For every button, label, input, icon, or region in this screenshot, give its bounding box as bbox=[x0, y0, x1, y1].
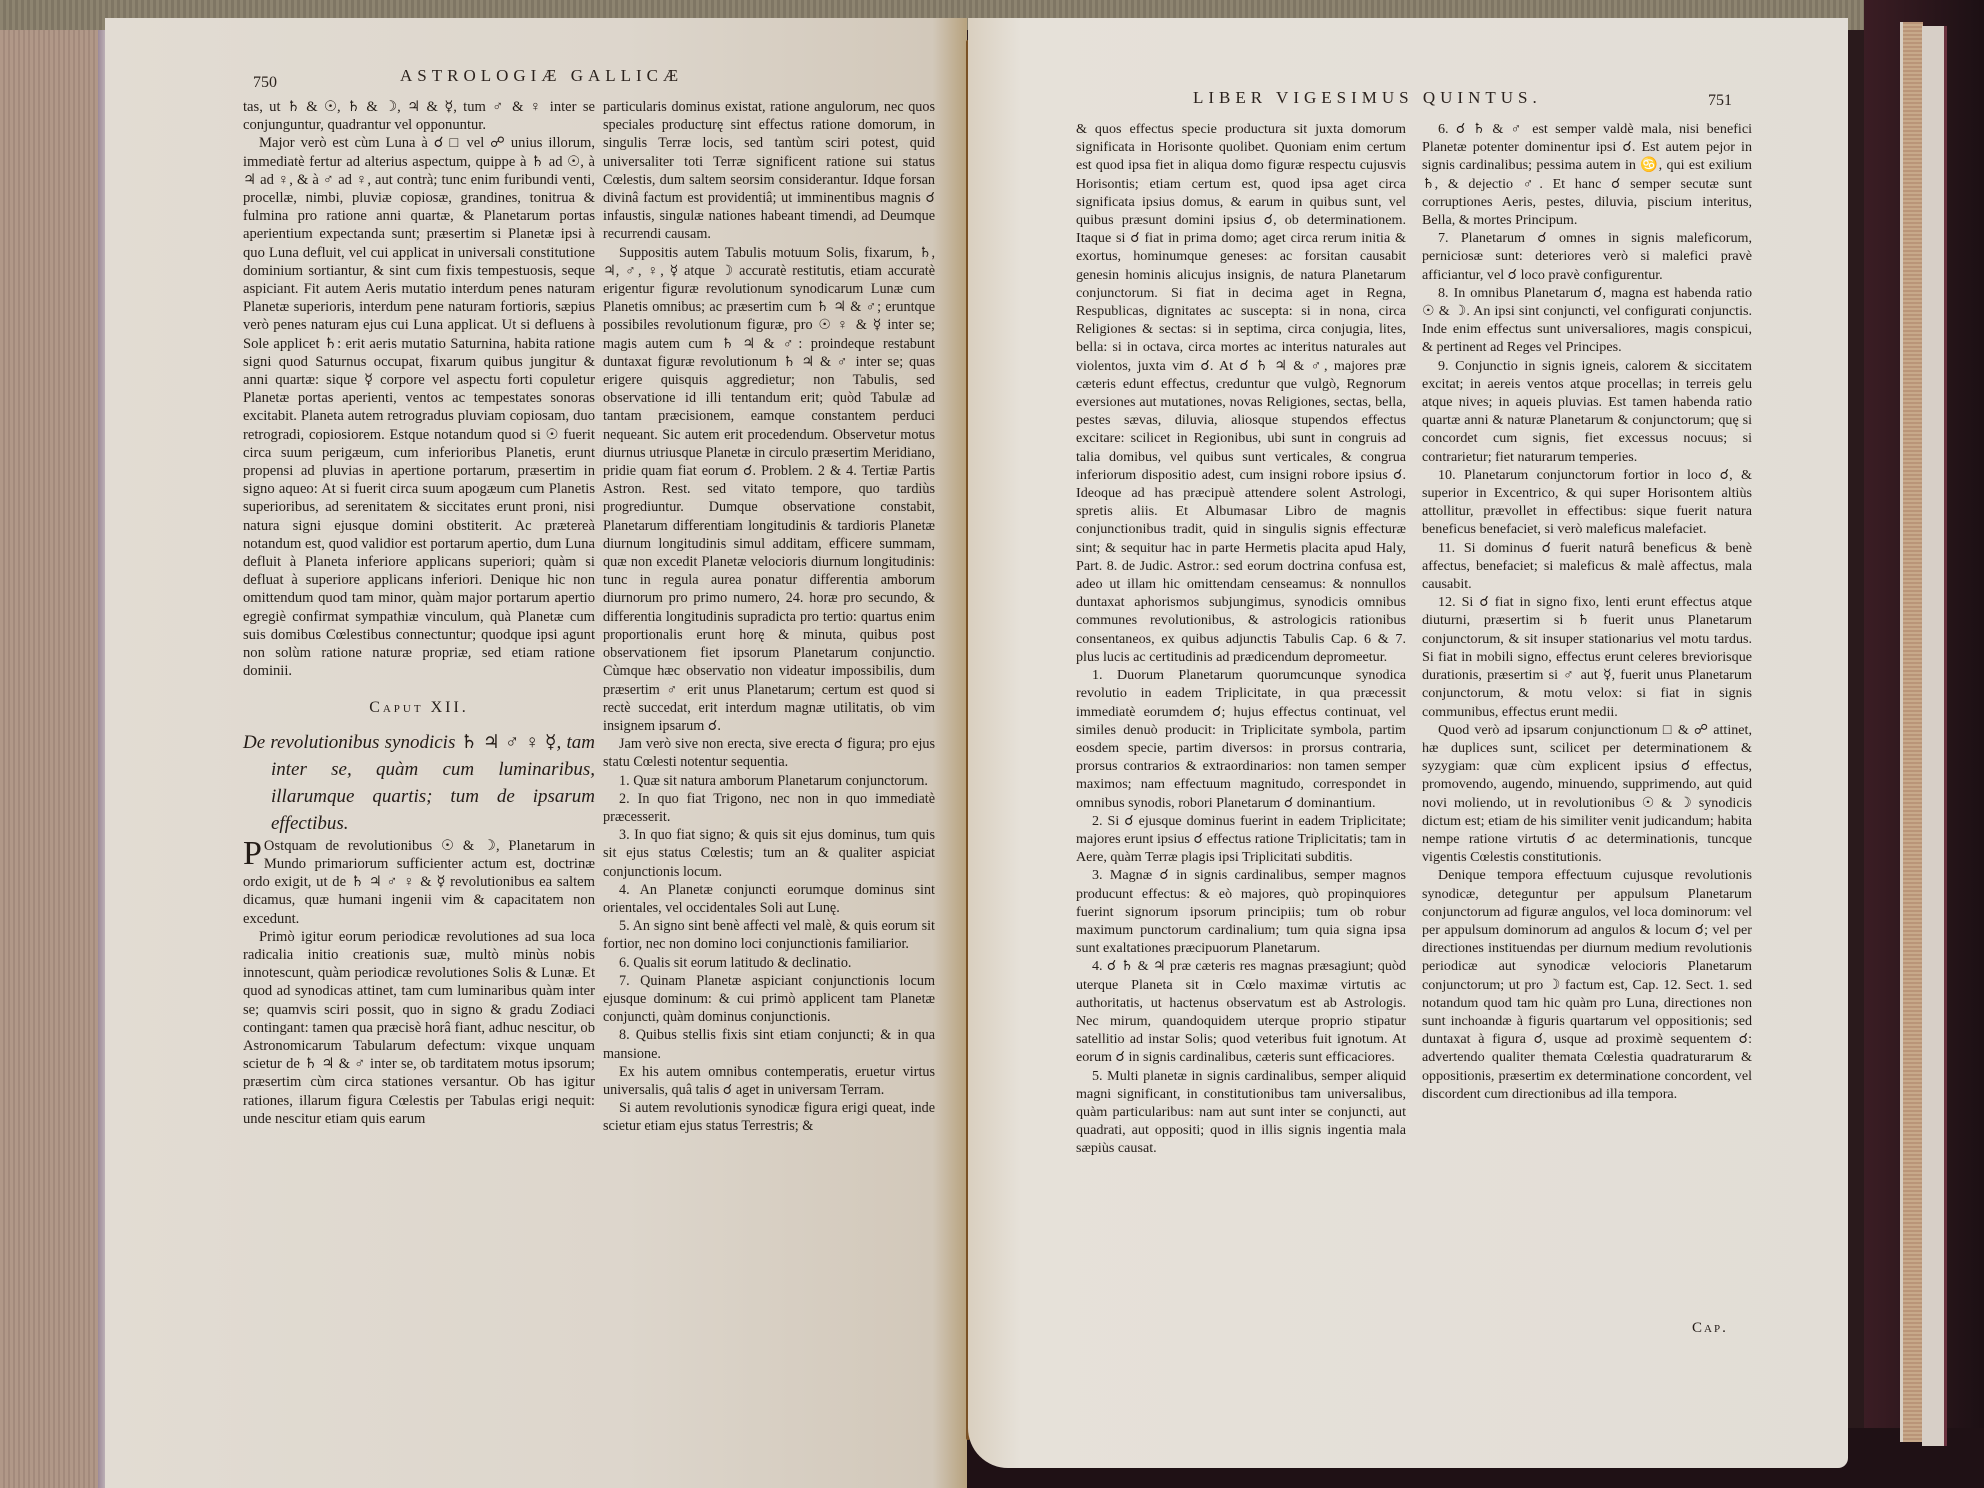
list-item: 5. Multi planetæ in signis cardinalibus,… bbox=[1076, 1067, 1406, 1158]
paragraph: Quod verò ad ipsarum conjunctionum □ & ☍… bbox=[1422, 721, 1752, 867]
list-item: 6. ☌ ♄ & ♂ est semper valdè mala, nisi b… bbox=[1422, 120, 1752, 229]
chapter-title: De revolutionibus synodicis ♄ ♃ ♂ ♀ ☿, t… bbox=[243, 729, 595, 837]
page-number: 751 bbox=[1708, 92, 1732, 110]
paragraph: Jam verò sive non erecta, sive erecta ☌ … bbox=[603, 735, 935, 771]
left-column-1: tas, ut ♄ & ☉, ♄ & ☽, ♃ & ☿, tum ♂ & ♀ i… bbox=[243, 98, 595, 1128]
list-item: 12. Si ☌ fiat in signo fixo, lenti erunt… bbox=[1422, 593, 1752, 720]
list-item: 3. In quo fiat signo; & quis sit ejus do… bbox=[603, 826, 935, 881]
paragraph: tas, ut ♄ & ☉, ♄ & ☽, ♃ & ☿, tum ♂ & ♀ i… bbox=[243, 98, 595, 134]
paragraph: POstquam de revolutionibus ☉ & ☽, Planet… bbox=[243, 837, 595, 928]
running-head: ASTROLOGIÆ GALLICÆ bbox=[400, 66, 683, 86]
running-head: LIBER VIGESIMUS QUINTUS. bbox=[1193, 88, 1542, 108]
chapter-heading: Caput XII. bbox=[243, 699, 595, 717]
left-page: 750 ASTROLOGIÆ GALLICÆ tas, ut ♄ & ☉, ♄ … bbox=[105, 18, 967, 1488]
list-item: 1. Duorum Planetarum quorumcunque synodi… bbox=[1076, 666, 1406, 812]
list-item: 6. Qualis sit eorum latitudo & declinati… bbox=[603, 954, 935, 972]
drop-cap: P bbox=[243, 839, 262, 869]
list-item: 2. Si ☌ ejusque dominus fuerint in eadem… bbox=[1076, 812, 1406, 867]
list-item: 7. Planetarum ☌ omnes in signis malefico… bbox=[1422, 229, 1752, 284]
paragraph: particularis dominus existat, ratione an… bbox=[603, 98, 935, 244]
list-item: 8. In omnibus Planetarum ☌, magna est ha… bbox=[1422, 284, 1752, 357]
paragraph: Major verò est cùm Luna à ☌ □ vel ☍ uniu… bbox=[243, 134, 595, 680]
paragraph: & quos effectus specie productura sit ju… bbox=[1076, 120, 1406, 666]
list-item: 4. An Planetæ conjuncti eorumque dominus… bbox=[603, 881, 935, 917]
list-item: 11. Si dominus ☌ fuerit naturâ beneficus… bbox=[1422, 539, 1752, 594]
list-item: 4. ☌ ♄ & ♃ præ cæteris res magnas præsag… bbox=[1076, 957, 1406, 1066]
list-item: 7. Quinam Planetæ aspiciant conjunctioni… bbox=[603, 972, 935, 1027]
catchword: Cap. bbox=[1692, 1320, 1728, 1337]
paragraph: Primò igitur eorum periodicæ revolutione… bbox=[243, 928, 595, 1128]
page-fore-edge bbox=[1900, 22, 1923, 1442]
list-item: 2. In quo fiat Trigono, nec non in quo i… bbox=[603, 790, 935, 826]
book-cover-left-edge bbox=[0, 30, 108, 1488]
list-item: 10. Planetarum conjunctorum fortior in l… bbox=[1422, 466, 1752, 539]
list-item: 8. Quibus stellis fixis sint etiam conju… bbox=[603, 1026, 935, 1062]
page-stack-edge bbox=[1922, 26, 1947, 1446]
paragraph: Suppositis autem Tabulis motuum Solis, f… bbox=[603, 244, 935, 735]
right-page: LIBER VIGESIMUS QUINTUS. 751 & quos effe… bbox=[968, 18, 1848, 1468]
list-item: 9. Conjunctio in signis igneis, calorem … bbox=[1422, 357, 1752, 466]
paragraph: Si autem revolutionis synodicæ figura er… bbox=[603, 1099, 935, 1135]
right-column-1: & quos effectus specie productura sit ju… bbox=[1076, 120, 1406, 1158]
left-column-2: particularis dominus existat, ratione an… bbox=[603, 98, 935, 1136]
page-number: 750 bbox=[253, 74, 277, 92]
list-item: 3. Magnæ ☌ in signis cardinalibus, sempe… bbox=[1076, 866, 1406, 957]
paragraph: Ex his autem omnibus contemperatis, erue… bbox=[603, 1063, 935, 1099]
right-column-2: 6. ☌ ♄ & ♂ est semper valdè mala, nisi b… bbox=[1422, 120, 1752, 1103]
paragraph: Denique tempora effectuum cujusque revol… bbox=[1422, 866, 1752, 1103]
list-item: 1. Quæ sit natura amborum Planetarum con… bbox=[603, 772, 935, 790]
list-item: 5. An signo sint benè affecti vel malè, … bbox=[603, 917, 935, 953]
